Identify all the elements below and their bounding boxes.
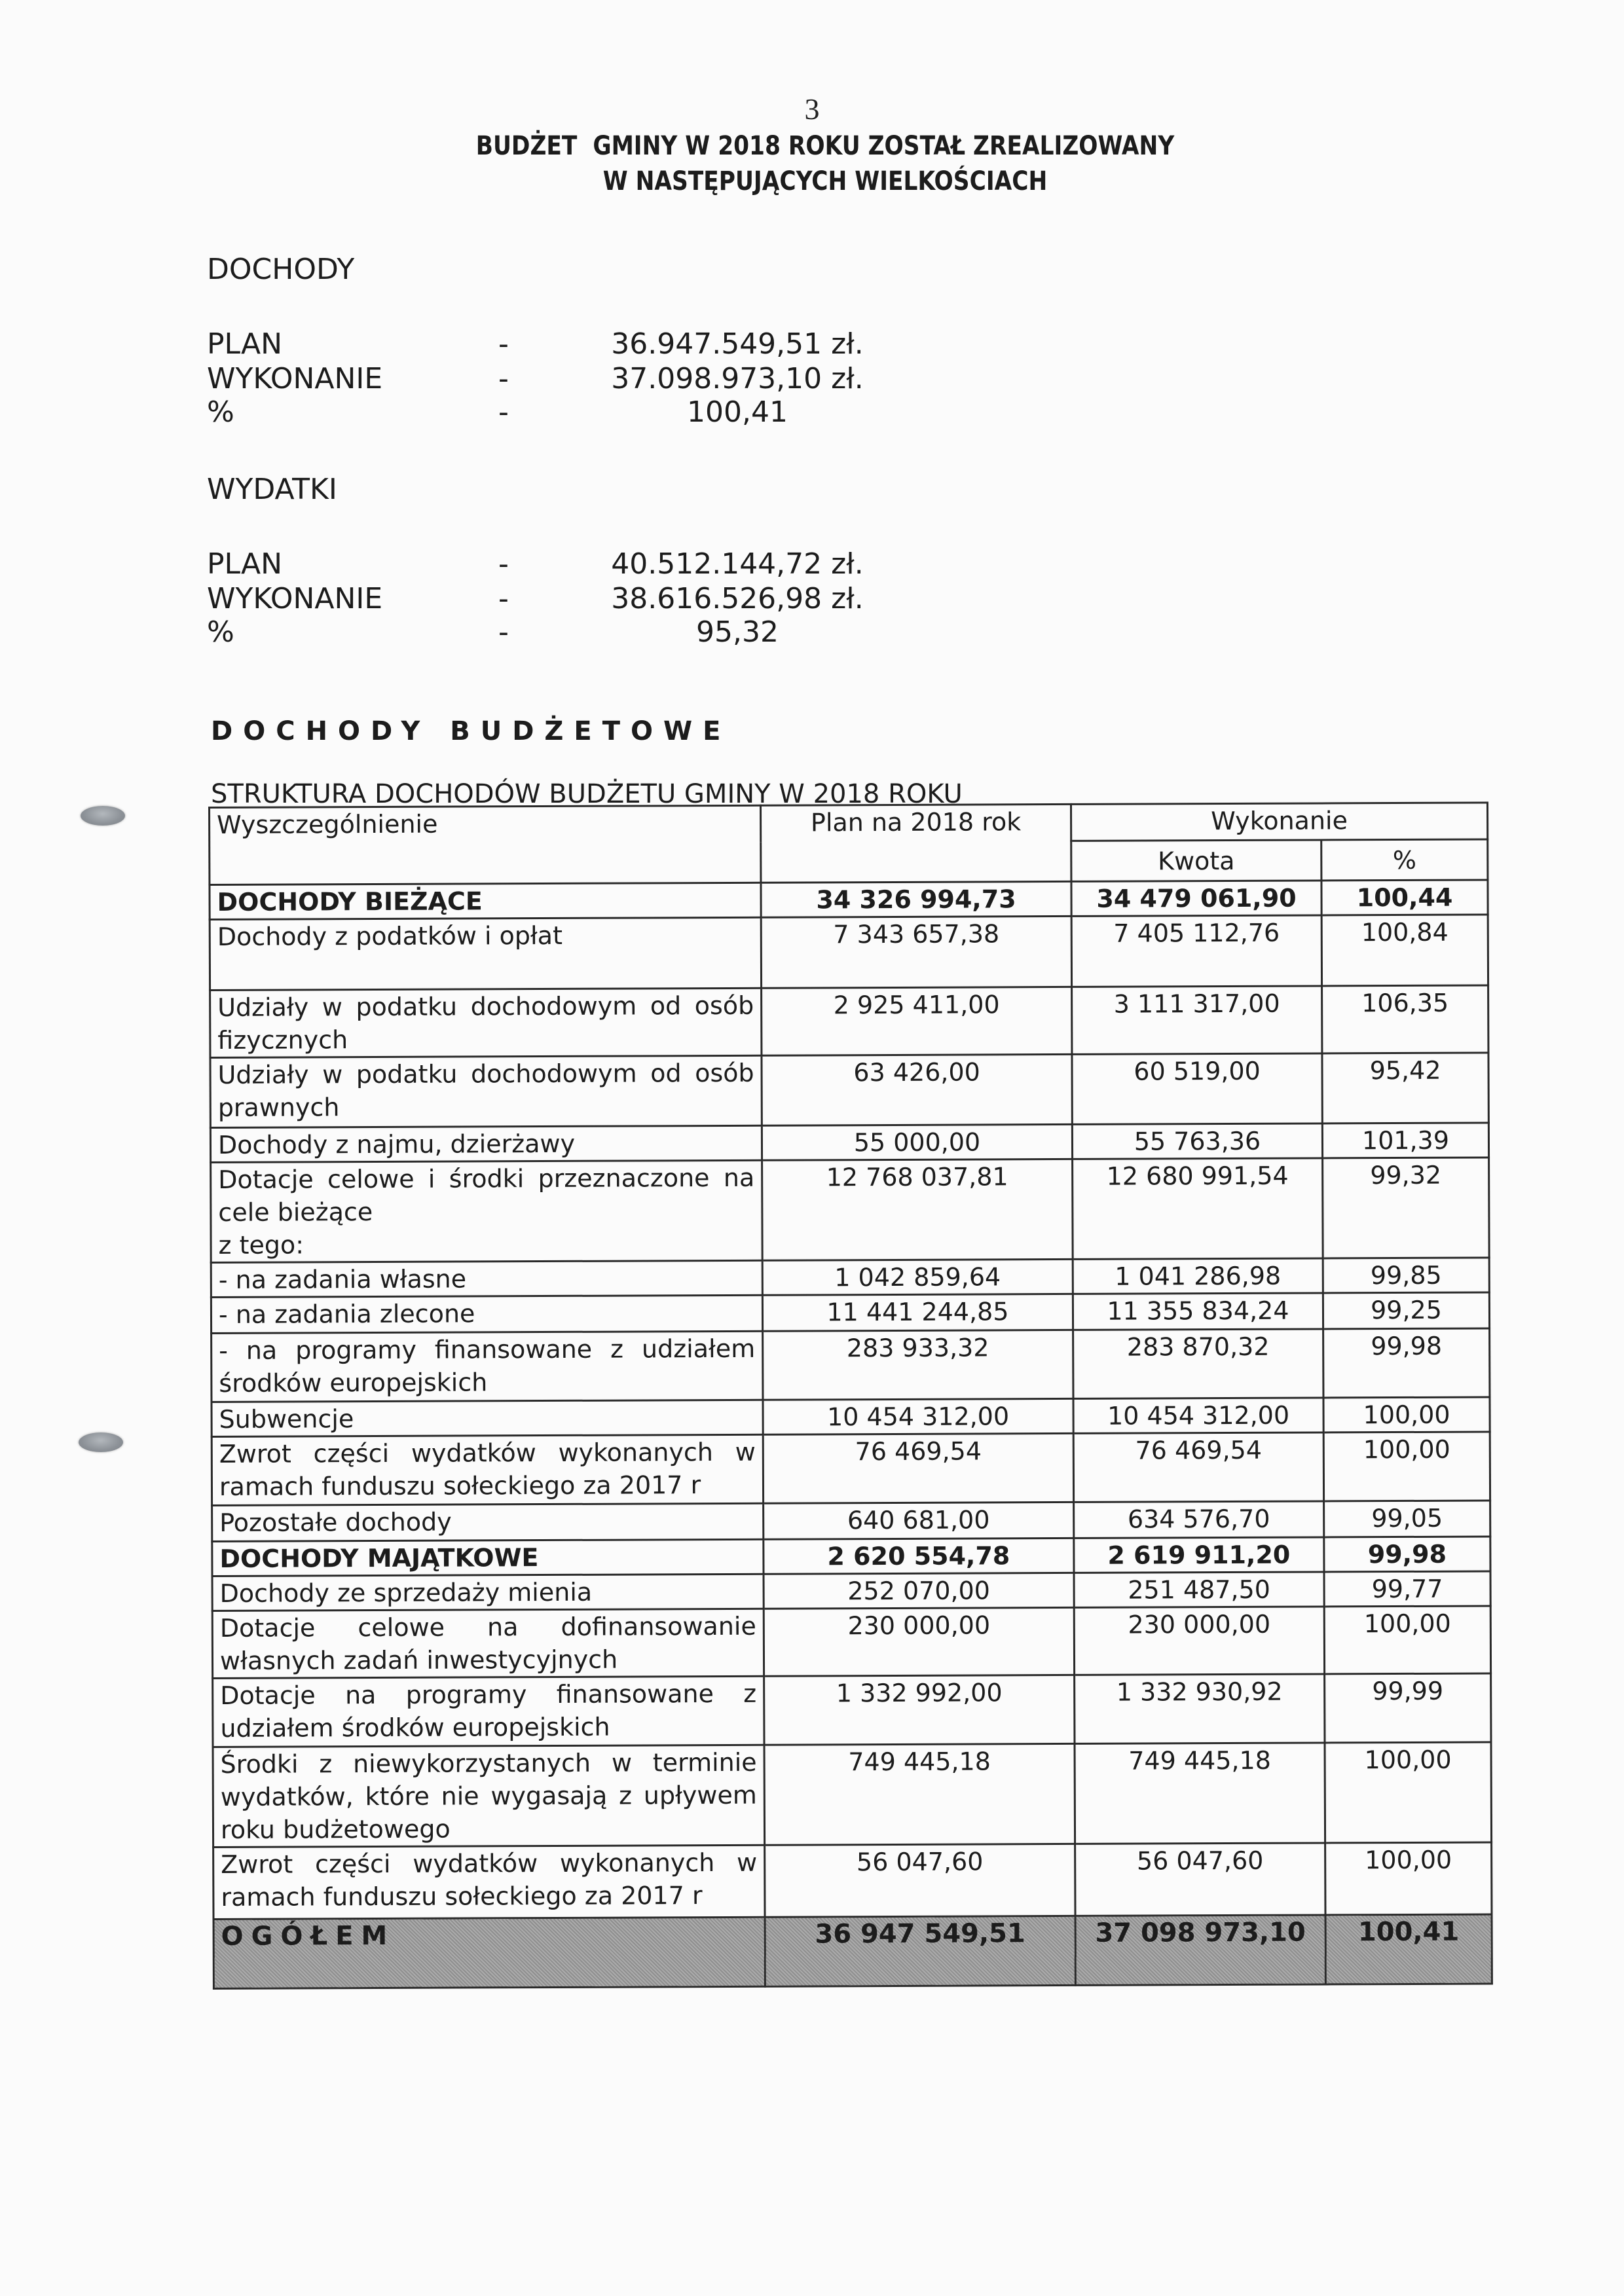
table-row: Dotacje celowe i środki przeznaczone na … [211,1157,1490,1262]
row-plan: 230 000,00 [764,1607,1074,1676]
header-description: Wyszczególnienie [210,805,761,884]
row-percent: 101,39 [1322,1123,1488,1158]
row-label: Środki z niewykorzystanych w terminie wy… [213,1745,765,1847]
row-percent: 99,85 [1323,1258,1489,1293]
row-value: 36.947.549,51 zł. [597,327,878,361]
header-percent: % [1321,839,1488,881]
row-plan: 2 620 554,78 [764,1538,1074,1574]
section-heading: DOCHODY BUDŻETOWE [211,716,731,746]
row-percent: 99,98 [1324,1537,1490,1572]
row-label: DOCHODY MAJĄTKOWE [212,1539,764,1576]
row-percent: 100,00 [1323,1432,1490,1501]
table-row: Zwrot części wydatków wykonanych w ramac… [212,1432,1490,1505]
row-label: Dotacje celowe i środki przeznaczone na … [211,1160,763,1262]
income-heading: DOCHODY [207,253,354,286]
total-row: OGÓŁEM 36 947 549,51 37 098 973,10 100,4… [213,1914,1492,1988]
total-amount: 37 098 973,10 [1075,1915,1325,1985]
row-percent: 100,00 [1324,1606,1490,1674]
expenses-percent-row: % - 95,32 [207,615,927,652]
total-label: OGÓŁEM [213,1917,765,1988]
row-dash: - [498,362,509,395]
row-label: Zwrot części wydatków wykonanych w ramac… [212,1434,763,1505]
row-percent: 100,00 [1325,1842,1492,1915]
row-plan: 11 441 244,85 [762,1294,1073,1331]
section-row: DOCHODY MAJĄTKOWE2 620 554,782 619 911,2… [212,1537,1490,1576]
row-label: - na zadania zlecone [211,1295,762,1333]
page-title-line1: BUDŻET GMINY W 2018 ROKU ZOSTAŁ ZREALIZO… [431,128,1219,164]
table-row: - na zadania zlecone11 441 244,8511 355 … [211,1292,1489,1333]
row-value: 40.512.144,72 zł. [597,547,878,581]
row-amount: 251 487,50 [1074,1572,1324,1607]
row-plan: 7 343 657,38 [761,916,1071,988]
row-amount: 56 047,60 [1075,1843,1325,1916]
row-value: 37.098.973,10 zł. [597,362,878,395]
row-dash: - [498,547,509,581]
row-plan: 55 000,00 [762,1124,1072,1160]
row-percent: 100,00 [1323,1397,1490,1432]
table-row: Dochody ze sprzedaży mienia252 070,00251… [212,1571,1490,1611]
expenses-heading: WYDATKI [207,473,337,506]
row-label: Dochody ze sprzedaży mienia [212,1574,764,1611]
row-amount: 34 479 061,90 [1071,881,1321,916]
table-row: - na zadania własne1 042 859,641 041 286… [211,1258,1489,1297]
row-percent: 99,32 [1323,1157,1490,1258]
income-plan-row: PLAN - 36.947.549,51 zł. [207,327,927,364]
row-amount: 3 111 317,00 [1072,986,1322,1054]
header-amount: Kwota [1071,840,1321,881]
row-plan: 2 925 411,00 [762,987,1072,1055]
row-label: - na zadania własne [211,1260,762,1297]
page-number: 3 [0,92,1624,126]
row-dash: - [498,615,509,649]
row-label: WYKONANIE [207,362,382,395]
row-amount: 283 870,32 [1073,1329,1323,1398]
row-label: Dochody z najmu, dzierżawy [210,1125,762,1162]
row-label: Pozostałe dochody [212,1503,764,1541]
row-percent: 100,44 [1321,880,1488,915]
total-percent: 100,41 [1325,1914,1492,1984]
row-label: PLAN [207,327,282,361]
row-amount: 55 763,36 [1072,1123,1322,1159]
table-row: Udziały w podatku dochodowym od osób pra… [210,1053,1488,1127]
row-label: DOCHODY BIEŻĄCE [210,883,761,919]
row-label: PLAN [207,547,282,581]
income-percent-row: % - 100,41 [207,395,927,432]
row-plan: 63 426,00 [762,1054,1072,1125]
expenses-plan-row: PLAN - 40.512.144,72 zł. [207,547,927,584]
row-plan: 1 042 859,64 [762,1259,1073,1295]
row-label: Dotacje celowe na dofinansowanie własnyc… [212,1609,764,1678]
page-title: BUDŻET GMINY W 2018 ROKU ZOSTAŁ ZREALIZO… [431,128,1219,199]
table-row: Subwencje10 454 312,0010 454 312,00100,0… [212,1397,1490,1436]
row-amount: 60 519,00 [1072,1053,1322,1124]
row-percent: 99,25 [1323,1292,1489,1329]
expenses-execution-row: WYKONANIE - 38.616.526,98 zł. [207,582,927,619]
row-value: 100,41 [597,395,878,429]
row-label: Dotacje na programy finansowane z udział… [213,1676,764,1747]
row-percent: 100,00 [1325,1742,1492,1843]
row-percent: 99,98 [1323,1328,1490,1398]
header-plan: Plan na 2018 rok [760,804,1071,883]
row-amount: 230 000,00 [1074,1607,1324,1675]
row-amount: 11 355 834,24 [1073,1293,1323,1330]
row-plan: 34 326 994,73 [761,881,1071,917]
row-plan: 76 469,54 [763,1433,1073,1503]
row-value: 95,32 [597,615,878,649]
row-label: Udziały w podatku dochodowym od osób fiz… [210,988,762,1057]
row-dash: - [498,582,509,615]
row-amount: 634 576,70 [1074,1501,1324,1538]
row-percent: 99,05 [1324,1501,1490,1537]
row-percent: 106,35 [1322,985,1488,1053]
punch-hole-upper [81,806,125,826]
row-label: Zwrot części wydatków wykonanych w ramac… [213,1845,765,1919]
page-title-line2: W NASTĘPUJĄCYCH WIELKOŚCIACH [431,164,1219,199]
table-row: Dotacje celowe na dofinansowanie własnyc… [212,1606,1490,1678]
table-row: Zwrot części wydatków wykonanych w ramac… [213,1842,1492,1919]
row-label: Dochody z podatków i opłat [210,917,761,990]
row-amount: 749 445,18 [1075,1743,1325,1844]
row-percent: 99,77 [1324,1571,1490,1607]
row-label: % [207,615,234,649]
row-amount: 2 619 911,20 [1074,1537,1324,1573]
row-dash: - [498,395,509,429]
row-percent: 100,84 [1321,915,1488,986]
row-plan: 252 070,00 [764,1573,1074,1609]
row-label: % [207,395,234,429]
row-amount: 12 680 991,54 [1073,1158,1323,1259]
row-plan: 56 047,60 [765,1844,1075,1917]
row-label: WYKONANIE [207,582,382,615]
income-structure-table: Wyszczególnienie Plan na 2018 rok Wykona… [208,801,1493,1989]
table-row: Dochody z najmu, dzierżawy55 000,0055 76… [210,1123,1488,1162]
row-percent: 95,42 [1322,1053,1488,1123]
row-plan: 1 332 992,00 [764,1675,1075,1745]
table-row: Środki z niewykorzystanych w terminie wy… [213,1742,1492,1847]
row-label: Subwencje [212,1400,763,1436]
row-amount: 1 332 930,92 [1075,1674,1325,1743]
total-plan: 36 947 549,51 [765,1916,1075,1986]
row-plan: 640 681,00 [764,1502,1074,1539]
row-amount: 1 041 286,98 [1073,1258,1323,1294]
row-plan: 10 454 312,00 [763,1398,1073,1434]
row-dash: - [498,327,509,361]
income-execution-row: WYKONANIE - 37.098.973,10 zł. [207,362,927,399]
row-label: - na programy finansowane z udziałem śro… [212,1331,763,1402]
punch-hole-lower [79,1432,123,1452]
table-row: - na programy finansowane z udziałem śro… [212,1328,1490,1402]
row-plan: 749 445,18 [764,1743,1075,1845]
row-amount: 10 454 312,00 [1073,1398,1323,1433]
section-row: DOCHODY BIEŻĄCE34 326 994,7334 479 061,9… [210,880,1488,919]
table-row: Pozostałe dochody640 681,00634 576,7099,… [212,1501,1490,1541]
table-row: Dotacje na programy finansowane z udział… [213,1673,1491,1747]
row-plan: 283 933,32 [763,1330,1073,1400]
header-execution: Wykonanie [1071,803,1487,841]
table-row: Dochody z podatków i opłat7 343 657,387 … [210,915,1488,990]
row-amount: 7 405 112,76 [1071,915,1321,987]
table-row: Udziały w podatku dochodowym od osób fiz… [210,985,1488,1057]
row-value: 38.616.526,98 zł. [597,582,878,615]
row-plan: 12 768 037,81 [762,1159,1073,1260]
row-percent: 99,99 [1325,1673,1491,1743]
row-amount: 76 469,54 [1073,1432,1323,1502]
row-label: Udziały w podatku dochodowym od osób pra… [210,1055,762,1127]
